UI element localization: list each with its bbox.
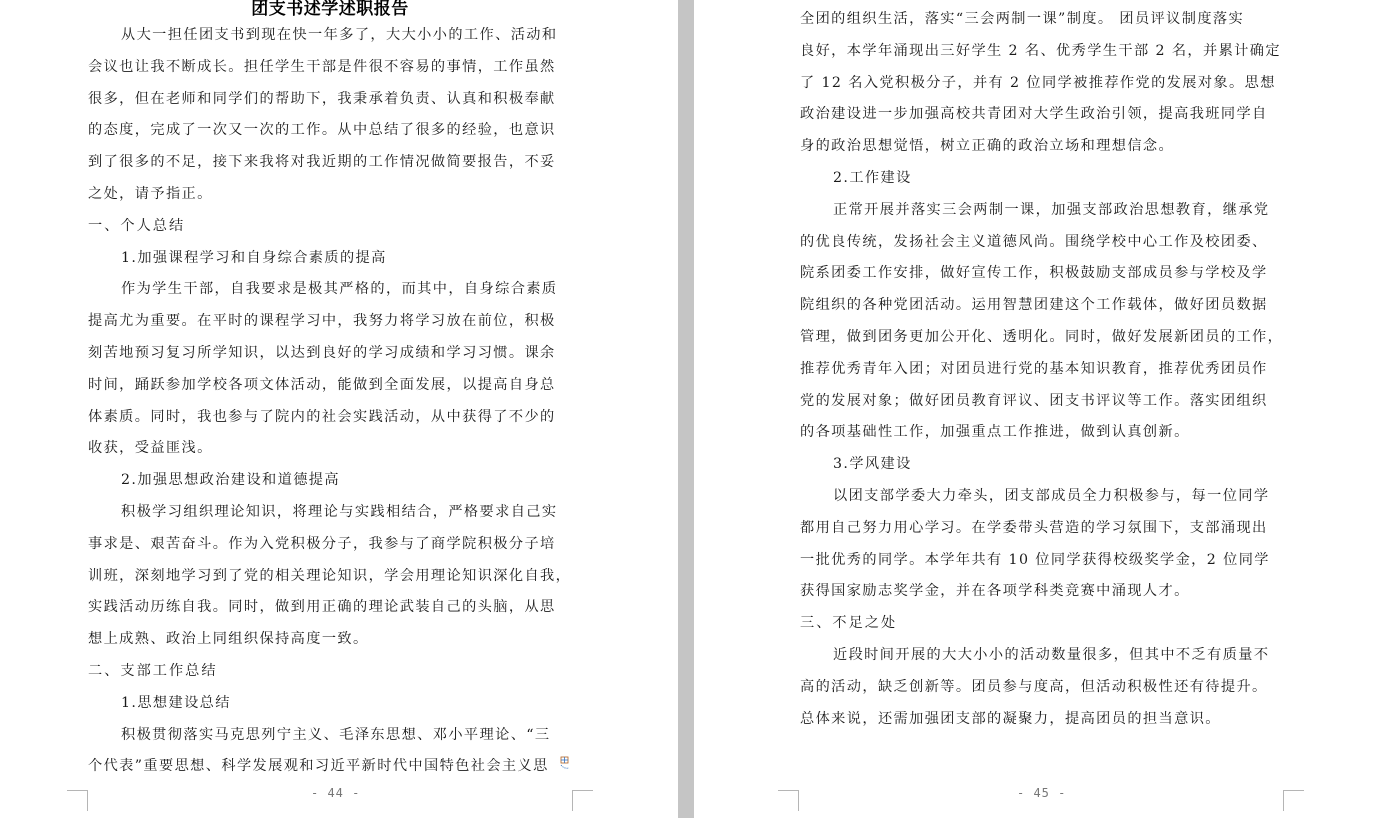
paragraph-line: 想上成熟、政治上同组织保持高度一致。: [88, 624, 572, 656]
section-heading: 二、支部工作总结: [88, 656, 572, 688]
paragraph-line: 很多，但在老师和同学们的帮助下，我秉承着负责、认真和积极奉献: [88, 84, 572, 116]
paragraph-line: 政治建设进一步加强高校共青团对大学生政治引领，提高我班同学自: [800, 99, 1284, 131]
paragraph-line: 积极贯彻落实马克思列宁主义、毛泽东思想、邓小平理论、“三: [88, 720, 572, 752]
paragraph-line: 从大一担任团支书到现在快一年多了，大大小小的工作、活动和: [88, 20, 572, 52]
paragraph-line: 党的发展对象；做好团员教育评议、团支书评议等工作。落实团组织: [800, 386, 1284, 418]
paragraph-line: 了 12 名入党积极分子，并有 2 位同学被推荐作党的发展对象。思想: [800, 68, 1284, 100]
page-44-text[interactable]: 从大一担任团支书到现在快一年多了，大大小小的工作、活动和会议也让我不断成长。担任…: [88, 20, 572, 783]
paragraph-line: 训班，深刻地学习到了党的相关理论知识，学会用理论知识深化自我，: [88, 561, 572, 593]
paragraph-line: 的各项基础性工作，加强重点工作推进，做到认真创新。: [800, 417, 1284, 449]
paragraph-line: 到了很多的不足，接下来我将对我近期的工作情况做简要报告，不妥: [88, 147, 572, 179]
page-number: - 44 -: [311, 786, 360, 800]
subsection-heading: 1.加强课程学习和自身综合素质的提高: [88, 243, 572, 275]
paragraph-line: 全团的组织生活，落实“三会两制一课”制度。 团员评议制度落实: [800, 4, 1284, 36]
page-44: 团支书述学述职报告 从大一担任团支书到现在快一年多了，大大小小的工作、活动和会议…: [0, 0, 678, 818]
section-heading: 一、个人总结: [88, 211, 572, 243]
paragraph-line: 近段时间开展的大大小小的活动数量很多，但其中不乏有质量不: [800, 640, 1284, 672]
paragraph-line: 时间，踊跃参加学校各项文体活动，能做到全面发展，以提高自身总: [88, 370, 572, 402]
paragraph-line: 刻苦地预习复习所学知识，以达到良好的学习成绩和学习习惯。课余: [88, 338, 572, 370]
paragraph-line: 管理，做到团务更加公开化、透明化。同时，做好发展新团员的工作，: [800, 322, 1284, 354]
page-45-text[interactable]: 全团的组织生活，落实“三会两制一课”制度。 团员评议制度落实良好，本学年涌现出三…: [800, 4, 1284, 735]
crop-mark-bottom-right: [1283, 790, 1304, 811]
paragraph-line: 实践活动历练自我。同时，做到用正确的理论武装自己的头脑，从思: [88, 592, 572, 624]
paragraph-line: 个代表”重要思想、科学发展观和习近平新时代中国特色社会主义思: [88, 751, 572, 783]
paragraph-line: 获得国家励志奖学金，并在各项学科类竞赛中涌现人才。: [800, 576, 1284, 608]
paragraph-line: 提高尤为重要。在平时的课程学习中，我努力将学习放在前位，积极: [88, 306, 572, 338]
paragraph-line: 收获，受益匪浅。: [88, 433, 572, 465]
paragraph-line: 推荐优秀青年入团；对团员进行党的基本知识教育，推荐优秀团员作: [800, 354, 1284, 386]
paragraph-line: 之处，请予指正。: [88, 179, 572, 211]
paragraph-line: 院系团委工作安排，做好宣传工作，积极鼓励支部成员参与学校及学: [800, 258, 1284, 290]
paragraph-line: 一批优秀的同学。本学年共有 10 位同学获得校级奖学金，2 位同学: [800, 545, 1284, 577]
crop-mark-bottom-left: [67, 790, 88, 811]
paragraph-line: 良好，本学年涌现出三好学生 2 名、优秀学生干部 2 名，并累计确定: [800, 36, 1284, 68]
subsection-heading: 1.思想建设总结: [88, 688, 572, 720]
paragraph-line: 的态度，完成了一次又一次的工作。从中总结了很多的经验，也意识: [88, 115, 572, 147]
paragraph-line: 都用自己努力用心学习。在学委带头营造的学习氛围下，支部涌现出: [800, 513, 1284, 545]
page-gutter: [678, 0, 694, 818]
paragraph-line: 积极学习组织理论知识，将理论与实践相结合，严格要求自己实: [88, 497, 572, 529]
paragraph-line: 身的政治思想觉悟，树立正确的政治立场和理想信念。: [800, 131, 1284, 163]
paragraph-line: 正常开展并落实三会两制一课，加强支部政治思想教育，继承党: [800, 195, 1284, 227]
table-anchor-icon[interactable]: [560, 756, 570, 772]
subsection-heading: 2.工作建设: [800, 163, 1284, 195]
paragraph-line: 的优良传统，发扬社会主义道德风尚。围绕学校中心工作及校团委、: [800, 227, 1284, 259]
paragraph-line: 体素质。同时，我也参与了院内的社会实践活动，从中获得了不少的: [88, 402, 572, 434]
page-number: - 45 -: [1017, 786, 1066, 800]
document-title: 团支书述学述职报告: [88, 0, 572, 22]
paragraph-line: 以团支部学委大力牵头，团支部成员全力积极参与，每一位同学: [800, 481, 1284, 513]
subsection-heading: 2.加强思想政治建设和道德提高: [88, 465, 572, 497]
paragraph-line: 高的活动，缺乏创新等。团员参与度高，但活动积极性还有待提升。: [800, 672, 1284, 704]
section-heading: 三、不足之处: [800, 608, 1284, 640]
page-45: 全团的组织生活，落实“三会两制一课”制度。 团员评议制度落实良好，本学年涌现出三…: [694, 0, 1378, 818]
crop-mark-bottom-left: [778, 790, 799, 811]
paragraph-line: 院组织的各种党团活动。运用智慧团建这个工作载体，做好团员数据: [800, 290, 1284, 322]
crop-mark-bottom-right: [572, 790, 593, 811]
subsection-heading: 3.学风建设: [800, 449, 1284, 481]
paragraph-line: 事求是、艰苦奋斗。作为入党积极分子，我参与了商学院积极分子培: [88, 529, 572, 561]
paragraph-line: 作为学生干部，自我要求是极其严格的，而其中，自身综合素质: [88, 274, 572, 306]
paragraph-line: 会议也让我不断成长。担任学生干部是件很不容易的事情，工作虽然: [88, 52, 572, 84]
paragraph-line: 总体来说，还需加强团支部的凝聚力，提高团员的担当意识。: [800, 704, 1284, 736]
